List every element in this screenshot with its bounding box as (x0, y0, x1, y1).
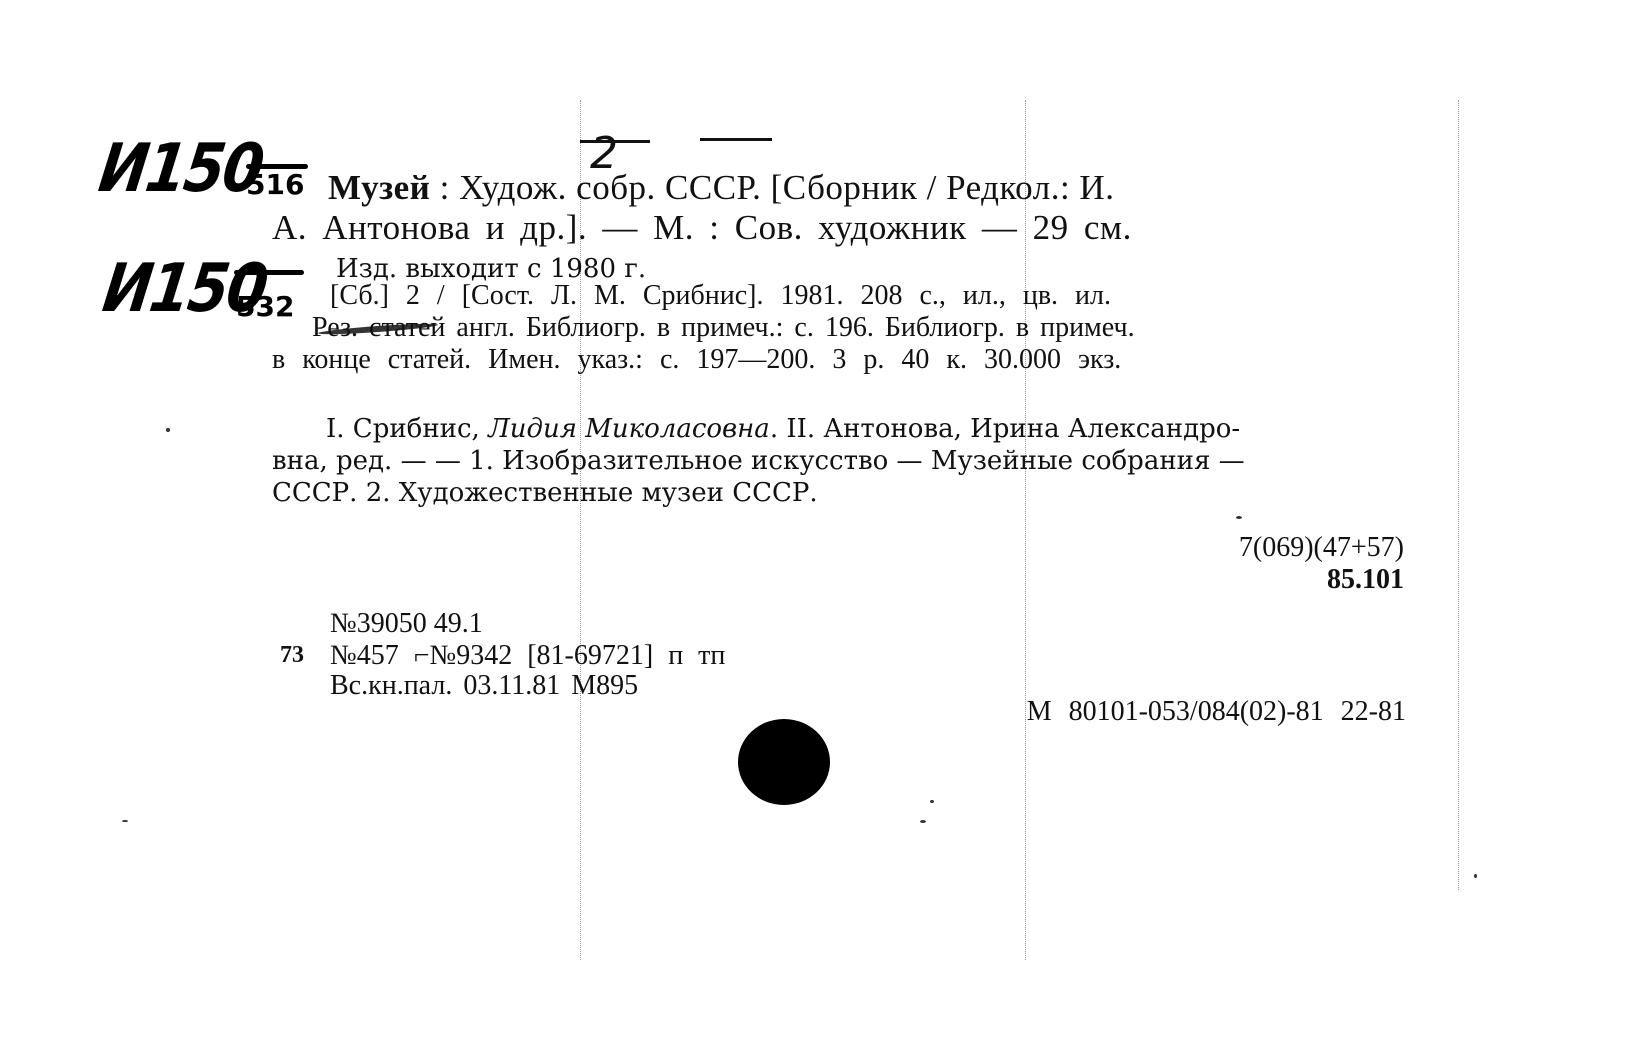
page-mark-dash (700, 138, 772, 141)
description-line-5: Рез. статей англ. Библиогр. в примеч.: с… (312, 312, 1135, 344)
tracings-line-2: вна, ред. — — 1. Изобразительное искусст… (272, 446, 1245, 476)
imprint-line-2: №457 ⌐№9342 [81-69721] п тп (330, 640, 725, 672)
imprint-line-3: Вс.кн.пал. 03.11.81 М895 (330, 670, 638, 702)
title-heading: Музей (328, 168, 430, 207)
tracings-line-3: СССР. 2. Художественные музеи СССР. (272, 478, 818, 508)
udc-index: 7(069)(47+57) (1239, 532, 1404, 564)
imprint-line-1: №39050 49.1 (330, 608, 483, 640)
description-line-2: А. Антонова и др.]. — М. : Сов. художник… (272, 208, 1132, 248)
bbk-index: 85.101 (1327, 564, 1404, 596)
shelfmark-2-sub: 532 (236, 290, 294, 323)
speck (1236, 516, 1242, 519)
description-line-6: в конце статей. Имен. указ.: с. 197—200.… (272, 344, 1121, 376)
shelfmark-1-sub: 516 (246, 168, 304, 201)
speck (122, 820, 128, 822)
speck (920, 820, 926, 823)
tracings-line-1: I. Срибнис, Лидия Миколасовна. II. Антон… (326, 414, 1240, 444)
description-line-4: [Сб.] 2 / [Сост. Л. М. Срибнис]. 1981. 2… (330, 280, 1111, 312)
title-rest: : Худож. собр. СССР. [Сборник / Редкол.:… (430, 168, 1114, 207)
scan-dotted-line (1458, 100, 1459, 890)
speck (930, 800, 934, 803)
ink-blot (738, 719, 830, 805)
shelfmark-2-bar (234, 270, 304, 275)
publisher-code: М 80101-053/084(02)-81 22-81 (1027, 696, 1406, 728)
catalog-card: 2 И150 516 И150 532 Музей : Худож. собр.… (0, 0, 1632, 1056)
shelfmark-1: И150 (95, 129, 268, 207)
description-line-1: Музей : Худож. собр. СССР. [Сборник / Ре… (328, 168, 1114, 208)
speck (1474, 874, 1477, 878)
speck (166, 428, 170, 432)
imprint-prefix: 73 (280, 642, 304, 669)
